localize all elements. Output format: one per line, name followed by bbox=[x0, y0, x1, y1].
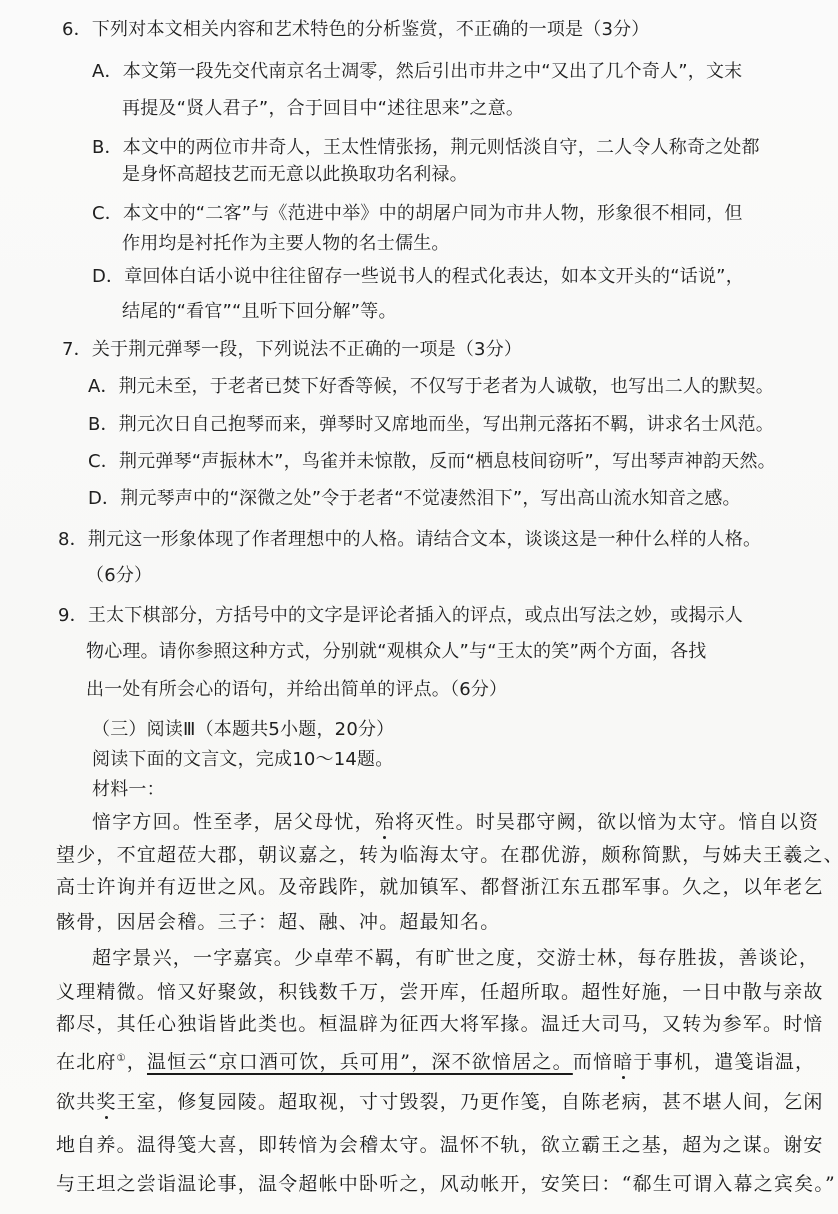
question-9-line2: 物心理。请你参照这种方式，分别就“观棋众人”与“王太的笑”两个方面，各找 bbox=[86, 640, 707, 664]
passage-p2-line5: 欲共奖王室，修复园陵。超取视，寸寸毁裂，乃更作笺，自陈老病，甚不堪人间，乞闲 bbox=[56, 1090, 824, 1114]
question-7-option-c: C．荆元弹琴“声振林木”，鸟雀并未惊散，反而“栖息枝间窃听”，写出琴声神韵天然。 bbox=[88, 450, 776, 474]
emphasized-char: 奖 bbox=[96, 1091, 116, 1113]
passage-p1-line1: 愔字方回。性至孝，居父母忧，殆将灭性。时吴郡守阙，欲以愔为太守。愔自以资 bbox=[92, 810, 819, 834]
question-6-option-d-line2: 结尾的“看官”“且听下回分解”等。 bbox=[122, 300, 397, 324]
question-8-line2: （6分） bbox=[86, 564, 152, 588]
footnote-marker: ① bbox=[117, 1053, 127, 1064]
passage-text: 欲共 bbox=[56, 1091, 96, 1113]
question-9-line1: 9．王太下棋部分，方括号中的文字是评论者插入的评点，或点出写法之妙，或揭示人 bbox=[58, 604, 743, 628]
emphasized-char: 暗 bbox=[613, 1051, 633, 1073]
question-6-option-c-line2: 作用均是衬托作为主要人物的名士儒生。 bbox=[122, 232, 450, 256]
passage-p2-line3: 都尽，其任心独诣皆此类也。桓温辟为征西大将军掾。温迁大司马，又转为参军。时愔 bbox=[56, 1012, 824, 1036]
question-9-line3: 出一处有所会心的语句，并给出简单的评点。（6分） bbox=[86, 678, 507, 702]
section-3-heading: （三）阅读Ⅲ（本题共5小题，20分） bbox=[92, 718, 394, 742]
passage-text: 愔字方回。性至孝，居父母忧， bbox=[92, 811, 375, 833]
passage-text: 而愔 bbox=[573, 1051, 613, 1073]
passage-text: ， bbox=[127, 1051, 147, 1073]
question-6-option-c-line1: C．本文中的“二客”与《范进中举》中的胡屠户同为市井人物，形象很不相同，但 bbox=[92, 202, 743, 226]
passage-p2-line7: 与王坦之尝诣温论事，温令超帐中卧听之，风动帐开，安笑曰：“郗生可谓入幕之宾矣。” bbox=[56, 1172, 836, 1196]
section-3-instruction: 阅读下面的文言文，完成10～14题。 bbox=[92, 748, 393, 772]
passage-p2-line2: 义理精微。愔又好聚敛，积钱数千万，尝开库，任超所取。超性好施，一日中散与亲故 bbox=[56, 980, 824, 1004]
question-6-stem: 6．下列对本文相关内容和艺术特色的分析鉴赏，不正确的一项是（3分） bbox=[62, 18, 650, 42]
question-6-option-d-line1: D．章回体白话小说中往往留存一些说书人的程式化表达，如本文开头的“话说”， bbox=[92, 265, 744, 289]
passage-p2-line1: 超字景兴，一字嘉宾。少卓荦不羁，有旷世之度，交游士林，每存胜拔，善谈论， bbox=[92, 946, 819, 970]
emphasized-char: 殆 bbox=[375, 811, 395, 833]
question-6-option-a-line2: 再提及“贤人君子”，合于回目中“述往思来”之意。 bbox=[122, 97, 524, 121]
passage-text: 在北府 bbox=[56, 1051, 117, 1073]
passage-p1-line3: 高士许询并有迈世之风。及帝践阼，就加镇军、都督浙江东五郡军事。久之，以年老乞 bbox=[56, 875, 824, 899]
question-6-option-b-line2: 是身怀高超技艺而无意以此换取功名利禄。 bbox=[122, 163, 468, 187]
passage-text: 于事机，遣笺诣温， bbox=[633, 1051, 815, 1073]
passage-text: 将灭性。时吴郡守阙，欲以愔为太守。愔自以资 bbox=[395, 811, 819, 833]
passage-p2-line6: 地自养。温得笺大喜，即转愔为会稽太守。温怀不轨，欲立霸王之基，超为之谋。谢安 bbox=[56, 1133, 824, 1157]
question-8-line1: 8．荆元这一形象体现了作者理想中的人格。请结合文本，谈谈这是一种什么样的人格。 bbox=[58, 528, 761, 552]
question-7-option-d: D．荆元琴声中的“深微之处”令于老者“不觉凄然泪下”，写出高山流水知音之感。 bbox=[88, 487, 741, 511]
passage-p2-line4: 在北府①，温恒云“京口酒可饮，兵可用”，深不欲愔居之。而愔暗于事机，遣笺诣温， bbox=[56, 1050, 815, 1074]
question-6-option-b-line1: B．本文中的两位市井奇人，王太性情张扬，荆元则恬淡自守，二人令人称奇之处都 bbox=[92, 136, 760, 160]
question-7-option-a: A．荆元未至，于老者已焚下好香等候，不仅写于老者为人诚敬，也写出二人的默契。 bbox=[88, 375, 774, 399]
material-1-label: 材料一： bbox=[92, 778, 165, 802]
passage-text: 王室，修复园陵。超取视，寸寸毁裂，乃更作笺，自陈老病，甚不堪人间，乞闲 bbox=[117, 1091, 824, 1113]
passage-p1-line2: 望少，不宜超莅大郡，朝议嘉之，转为临海太守。在郡优游，颇称简默，与姊夫王羲之、 bbox=[56, 843, 838, 867]
underlined-sentence: 温恒云“京口酒可饮，兵可用”，深不欲愔居之。 bbox=[147, 1051, 573, 1073]
passage-p1-line4: 骸骨，因居会稽。三子：超、融、冲。超最知名。 bbox=[56, 910, 500, 934]
question-6-option-a-line1: A．本文第一段先交代南京名士凋零，然后引出市井之中“又出了几个奇人”，文末 bbox=[92, 60, 742, 84]
question-7-option-b: B．荆元次日自己抱琴而来，弹琴时又席地而坐，写出荆元落拓不羁，讲求名士风范。 bbox=[88, 413, 774, 437]
question-7-stem: 7．关于荆元弹琴一段，下列说法不正确的一项是（3分） bbox=[62, 338, 522, 362]
